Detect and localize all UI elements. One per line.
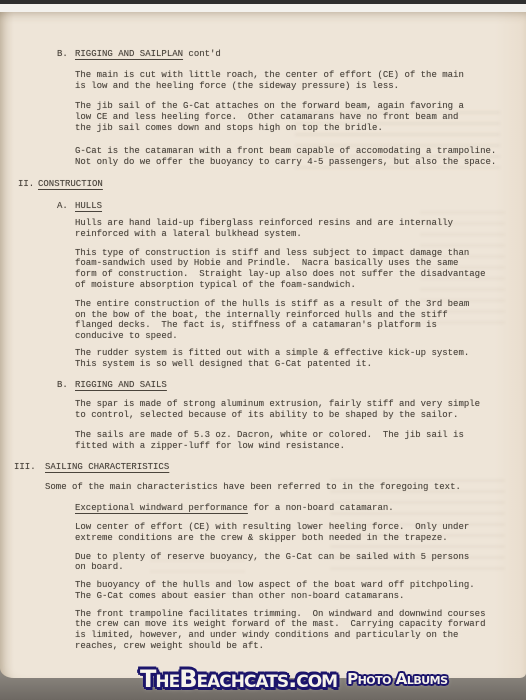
paragraph-sails-dacron: The sails are made of 5.3 oz. Dacron, wh… <box>75 430 526 452</box>
heading-construction: II.CONSTRUCTION <box>18 179 526 190</box>
heading-text: RIGGING AND SAILPLAN cont'd <box>75 49 221 59</box>
scanned-page: B.RIGGING AND SAILPLAN cont'd The main i… <box>0 11 526 678</box>
heading-letter: B. <box>57 49 75 60</box>
scanner-edge-top <box>0 0 526 4</box>
heading-rigging-and-sails: B.RIGGING AND SAILS <box>57 380 526 391</box>
paragraph-jib-sail: The jib sail of the G-Cat attaches on th… <box>75 101 526 133</box>
document-content: B.RIGGING AND SAILPLAN cont'd The main i… <box>0 49 526 652</box>
heading-letter: B. <box>57 380 75 391</box>
heading-letter: A. <box>57 201 75 212</box>
heading-numeral: III. <box>14 462 45 473</box>
heading-sailing-characteristics: III.SAILING CHARACTERISTICS <box>14 462 526 473</box>
paragraph-construction-stiff: This type of construction is stiff and l… <box>75 248 526 291</box>
paragraph-main-roach: The main is cut with little roach, the c… <box>75 70 526 92</box>
paragraph-rudder-system: The rudder system is fitted out with a s… <box>75 348 526 370</box>
paragraph-windward-performance: Exceptional windward performance for a n… <box>75 503 526 514</box>
watermark-site-text: TheBeachcats.com <box>140 665 337 693</box>
heading-rigging-and-sailplan-contd: B.RIGGING AND SAILPLAN cont'd <box>57 49 526 60</box>
paper-top-highlight <box>0 4 526 12</box>
heading-hulls: A.HULLS <box>57 201 526 212</box>
watermark-photo-albums-text: Photo Albums <box>347 670 447 688</box>
paragraph-spar: The spar is made of strong aluminum extr… <box>75 399 526 421</box>
paragraph-front-trampoline: The front trampoline facilitates trimmin… <box>75 609 526 652</box>
underlined-feature: Exceptional windward performance <box>75 503 248 513</box>
paragraph-entire-construction: The entire construction of the hulls is … <box>75 299 526 342</box>
heading-text: RIGGING AND SAILS <box>75 380 167 390</box>
feature-rest: for a non-board catamaran. <box>248 503 394 513</box>
paragraph-hulls-layup: Hulls are hand laid-up fiberglass reinfo… <box>75 218 526 240</box>
paragraph-low-ce: Low center of effort (CE) with resulting… <box>75 522 526 544</box>
paragraph-characteristics-intro: Some of the main characteristics have be… <box>45 482 526 493</box>
paragraph-trampoline: G-Cat is the catamaran with a front beam… <box>75 146 526 168</box>
heading-text: SAILING CHARACTERISTICS <box>45 462 169 472</box>
heading-text: CONSTRUCTION <box>38 179 103 189</box>
heading-numeral: II. <box>18 179 38 190</box>
watermark: TheBeachcats.com Photo Albums <box>140 660 448 698</box>
heading-text: HULLS <box>75 201 102 211</box>
paragraph-reserve-buoyancy: Due to plenty of reserve buoyancy, the G… <box>75 552 526 574</box>
paragraph-pitchpoling: The buoyancy of the hulls and low aspect… <box>75 580 526 602</box>
